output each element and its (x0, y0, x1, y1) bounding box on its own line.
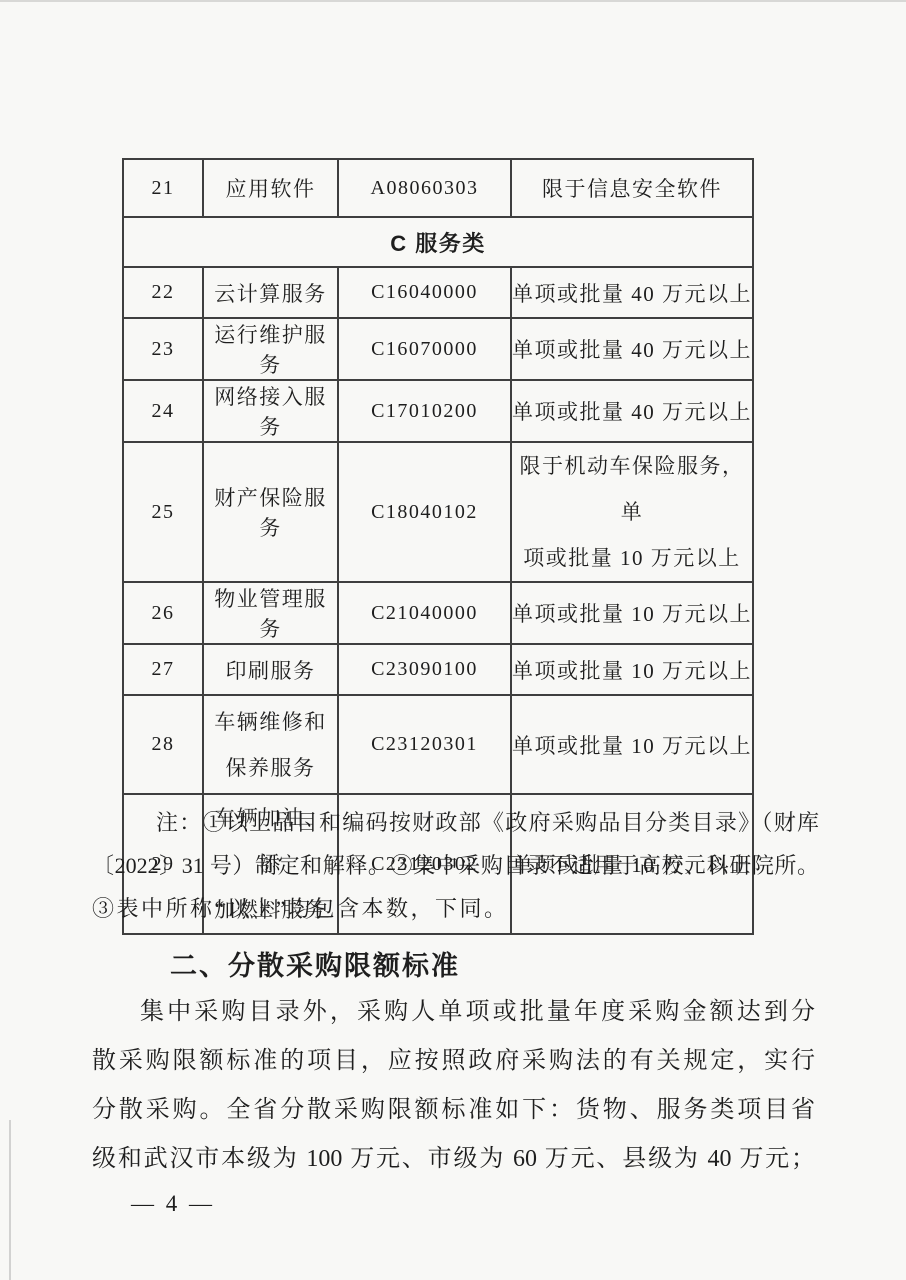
table-row: 27印刷服务C23090100单项或批量 10 万元以上 (123, 644, 753, 695)
item-name-cell: 财产保险服务 (203, 442, 338, 582)
scope-cell: 单项或批量 40 万元以上 (511, 267, 753, 318)
row-number-cell: 25 (123, 442, 203, 582)
row-number-cell: 23 (123, 318, 203, 380)
table-row: 23运行维护服务C16070000单项或批量 40 万元以上 (123, 318, 753, 380)
page-number: — 4 — (131, 1191, 215, 1217)
item-code-cell: C17010200 (338, 380, 511, 442)
section-header-row: C 服务类 (123, 217, 753, 267)
section-header-cell: C 服务类 (123, 217, 753, 267)
body-paragraph: 集中采购目录外，采购人单项或批量年度采购金额达到分 散采购限额标准的项目，应按照… (92, 988, 815, 1184)
item-name-cell: 车辆维修和保养服务 (203, 695, 338, 794)
table-row: 28车辆维修和保养服务C23120301单项或批量 10 万元以上 (123, 695, 753, 794)
document-page: 21应用软件A08060303限于信息安全软件C 服务类22云计算服务C1604… (0, 0, 906, 1280)
scope-cell: 单项或批量 10 万元以上 (511, 644, 753, 695)
item-code-cell: C16040000 (338, 267, 511, 318)
row-number-cell: 22 (123, 267, 203, 318)
scope-cell: 单项或批量 10 万元以上 (511, 695, 753, 794)
note-line: 〔2022〕31 号）制定和解释。②集中采购目录不适用于高校、科研院所。 (92, 844, 819, 887)
scan-artifact-left (9, 1120, 11, 1280)
note-line: ③表中所称“以上”均包含本数，下同。 (92, 887, 819, 930)
item-name-cell: 物业管理服务 (203, 582, 338, 644)
body-line: 散采购限额标准的项目，应按照政府采购法的有关规定，实行 (92, 1037, 815, 1086)
scope-cell: 限于信息安全软件 (511, 159, 753, 217)
item-name-cell: 运行维护服务 (203, 318, 338, 380)
item-name-cell: 印刷服务 (203, 644, 338, 695)
item-name-cell: 云计算服务 (203, 267, 338, 318)
row-number-cell: 27 (123, 644, 203, 695)
note-line: 注：①以上品目和编码按财政部《政府采购品目分类目录》（财库 (92, 801, 819, 844)
item-name-cell: 应用软件 (203, 159, 338, 217)
item-code-cell: C21040000 (338, 582, 511, 644)
item-code-cell: C23120301 (338, 695, 511, 794)
scan-artifact-top (0, 0, 906, 2)
section-heading: 二、分散采购限额标准 (170, 944, 460, 983)
row-number-cell: 28 (123, 695, 203, 794)
notes-paragraph: 注：①以上品目和编码按财政部《政府采购品目分类目录》（财库 〔2022〕31 号… (92, 801, 819, 930)
table-row: 25财产保险服务C18040102限于机动车保险服务，单项或批量 10 万元以上 (123, 442, 753, 582)
item-code-cell: C18040102 (338, 442, 511, 582)
table-row: 22云计算服务C16040000单项或批量 40 万元以上 (123, 267, 753, 318)
body-line: 分散采购。全省分散采购限额标准如下：货物、服务类项目省 (92, 1086, 815, 1135)
body-line: 级和武汉市本级为 100 万元、市级为 60 万元、县级为 40 万元； (92, 1135, 815, 1184)
row-number-cell: 26 (123, 582, 203, 644)
item-name-cell: 网络接入服务 (203, 380, 338, 442)
table-row: 21应用软件A08060303限于信息安全软件 (123, 159, 753, 217)
scope-cell: 限于机动车保险服务，单项或批量 10 万元以上 (511, 442, 753, 582)
scope-cell: 单项或批量 40 万元以上 (511, 380, 753, 442)
table-row: 26物业管理服务C21040000单项或批量 10 万元以上 (123, 582, 753, 644)
item-code-cell: A08060303 (338, 159, 511, 217)
scope-cell: 单项或批量 40 万元以上 (511, 318, 753, 380)
item-code-cell: C16070000 (338, 318, 511, 380)
row-number-cell: 24 (123, 380, 203, 442)
scope-cell: 单项或批量 10 万元以上 (511, 582, 753, 644)
body-line: 集中采购目录外，采购人单项或批量年度采购金额达到分 (92, 988, 815, 1037)
item-code-cell: C23090100 (338, 644, 511, 695)
row-number-cell: 21 (123, 159, 203, 217)
table-row: 24网络接入服务C17010200单项或批量 40 万元以上 (123, 380, 753, 442)
